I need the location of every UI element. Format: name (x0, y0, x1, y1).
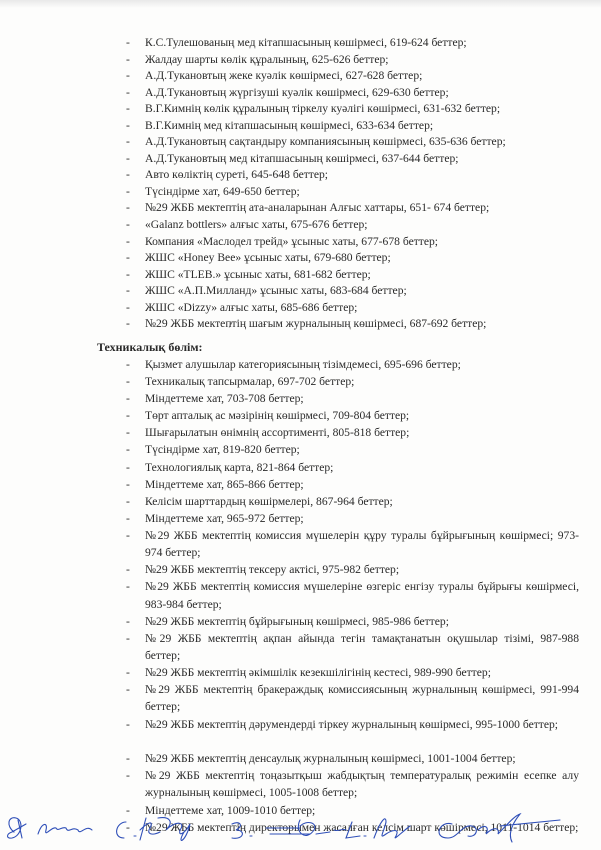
bullet-dash: - (126, 85, 130, 102)
list-item: -№29 ЖББ мектептің ата-аналарынан Алғыс … (0, 200, 601, 217)
bullet-dash: - (126, 267, 130, 284)
signature-5 (439, 814, 560, 842)
list-item: -ЖШС «TLEB.» ұсыныс хаты, 681-682 беттер… (0, 267, 601, 284)
list-item-text: А.Д.Тукановтың жүргізуші куәлік көшірмес… (145, 86, 449, 99)
bullet-dash: - (126, 716, 130, 733)
list-item: -№29 ЖББ мектептің бракераждық комиссияс… (0, 681, 601, 715)
list-item-text: Келісім шарттардың көшірмелері, 867-964 … (145, 495, 393, 508)
list-item-text: Шығарылатын өнімнің ассортименті, 805-81… (145, 426, 409, 439)
list-item-text: В.Г.Кимнің көлік құралының тіркелу куәлі… (145, 102, 500, 115)
list-item: -ЖШС «А.П.Милланд» ұсыныс хаты, 683-684 … (0, 283, 601, 300)
list-item: -Келісім шарттардың көшірмелері, 867-964… (0, 493, 601, 510)
list-item: -Жалдау шарты көлік құралының, 625-626 б… (0, 52, 601, 69)
list-item: -Міндеттеме хат, 865-866 беттер; (0, 476, 601, 493)
list-item: -№29 ЖББ мектептің шағым журналының көші… (0, 316, 601, 333)
bullet-dash: - (126, 441, 130, 458)
section2-list: -Қызмет алушылар категориясының тізімдем… (0, 356, 601, 850)
bullet-dash: - (126, 750, 130, 767)
bullet-dash: - (126, 250, 130, 267)
list-item: -№29 ЖББ мектептің тексеру актісі, 975-9… (0, 561, 601, 578)
list-item-text: Технологиялық карта, 821-864 беттер; (145, 461, 333, 474)
list-item-text: А.Д.Тукановтың мед кітапшасының көшірмес… (145, 152, 458, 165)
list-item: -Түсіндірме хат, 819-820 беттер; (0, 441, 601, 458)
list-item-text: К.С.Тулешованың мед кітапшасының көшірме… (145, 36, 467, 49)
bullet-dash: - (126, 476, 130, 493)
list-item: -№29 ЖББ мектептің тоңазытқыш жабдықтың … (0, 767, 601, 801)
list-item: -Компания «Маслодел трейд» ұсыныс хаты, … (0, 234, 601, 251)
list-item-text: ЖШС «TLEB.» ұсыныс хаты, 681-682 беттер; (145, 268, 371, 281)
bullet-dash: - (126, 664, 130, 681)
list-item-text: №29 ЖББ мектептің тоңазытқыш жабдықтың т… (145, 767, 579, 801)
list-item-text: Түсіндірме хат, 649-650 беттер; (145, 185, 300, 198)
list-item: -К.С.Тулешованың мед кітапшасының көшірм… (0, 35, 601, 52)
bullet-dash: - (126, 424, 130, 441)
bullet-dash: - (126, 407, 130, 424)
bullet-dash: - (126, 390, 130, 407)
list-item: -А.Д.Тукановтың сақтандыру компаниясының… (0, 134, 601, 151)
list-item-text: Техникалық тапсырмалар, 697-702 беттер; (145, 375, 354, 388)
bullet-dash: - (126, 527, 130, 544)
list-item: -А.Д.Тукановтың мед кітапшасының көшірме… (0, 151, 601, 168)
list-item-text: №29 ЖББ мектептің бракераждық комиссиясы… (145, 681, 579, 715)
bullet-dash: - (126, 316, 130, 333)
list-item: -№29 ЖББ мектептің ақпан айында тегін та… (0, 630, 601, 664)
list-item-text: ЖШС «А.П.Милланд» ұсыныс хаты, 683-684 б… (145, 284, 407, 297)
list-item: -В.Г.Кимнің мед кітапшасының көшірмесі, … (0, 118, 601, 135)
list-item-text: Міндеттеме хат, 965-972 беттер; (145, 512, 304, 525)
bullet-dash: - (126, 118, 130, 135)
list-item: -№29 ЖББ мектептің денсаулық журналының … (0, 750, 601, 767)
list-item: -Технологиялық карта, 821-864 беттер; (0, 459, 601, 476)
list-item-text: ЖШС «Honey Bee» ұсыныс хаты, 679-680 бет… (145, 251, 391, 264)
list-item: -«Galanz bottlers» алғыс хаты, 675-676 б… (0, 217, 601, 234)
list-item: -А.Д.Тукановтың жүргізуші куәлік көшірме… (0, 85, 601, 102)
bullet-dash: - (126, 613, 130, 630)
bullet-dash: - (126, 767, 130, 784)
bullet-dash: - (126, 561, 130, 578)
bullet-dash: - (126, 52, 130, 69)
list-item-text: Міндеттеме хат, 865-866 беттер; (145, 478, 304, 491)
bullet-dash: - (126, 200, 130, 217)
bullet-dash: - (126, 300, 130, 317)
list-item-text: №29 ЖББ мектептің бұйрығының көшірмесі, … (145, 615, 449, 628)
list-item-text: Түсіндірме хат, 819-820 беттер; (145, 443, 300, 456)
list-item: -Қызмет алушылар категориясының тізімдем… (0, 356, 601, 373)
list-item: -№29 ЖББ мектептің комиссия мүшелерін құ… (0, 527, 601, 561)
bullet-dash: - (126, 217, 130, 234)
signature-2 (117, 818, 190, 841)
list-item: -ЖШС «Honey Bee» ұсыныс хаты, 679-680 бе… (0, 250, 601, 267)
bullet-dash: - (126, 459, 130, 476)
bullet-dash: - (126, 151, 130, 168)
list-item-text: «Galanz bottlers» алғыс хаты, 675-676 бе… (145, 218, 368, 231)
bullet-dash: - (126, 373, 130, 390)
bullet-dash: - (126, 184, 130, 201)
list-item: -А.Д.Тукановтың жеке куәлік көшірмесі, 6… (0, 68, 601, 85)
list-item: - В.Г.Кимнің көлік құралының тіркелу куә… (0, 101, 601, 118)
bullet-dash: - (126, 167, 130, 184)
list-item: -Түсіндірме хат, 649-650 беттер; (0, 184, 601, 201)
signature-3 (232, 823, 252, 839)
signature-1 (8, 818, 27, 838)
section-heading-technical: Техникалық бөлім: (97, 339, 203, 355)
bullet-dash: - (126, 493, 130, 510)
bullet-dash: - (126, 134, 130, 151)
list-item-text: Төрт апталық ас мәзірінің көшірмесі, 709… (145, 409, 409, 422)
bullet-dash: - (126, 101, 130, 118)
scan-edge-shadow (0, 0, 601, 8)
list-item: -№29 ЖББ мектептің дәрумендерді тіркеу ж… (0, 716, 601, 750)
list-item-text: №29 ЖББ мектептің ата-аналарынан Алғыс х… (145, 201, 489, 214)
bullet-dash: - (126, 283, 130, 300)
list-item-text: №29 ЖББ мектептің ақпан айында тегін там… (145, 630, 579, 664)
list-item-text: Авто көліктің суреті, 645-648 беттер; (145, 168, 328, 181)
list-item-text: В.Г.Кимнің мед кітапшасының көшірмесі, 6… (145, 119, 433, 132)
bullet-dash: - (126, 234, 130, 251)
list-item: -№29 ЖББ мектептің бұйрығының көшірмесі,… (0, 613, 601, 630)
list-item-text: А.Д.Тукановтың сақтандыру компаниясының … (145, 135, 506, 148)
list-item-text: №29 ЖББ мектептің комиссия мүшелеріне өз… (145, 578, 579, 612)
list-item: -ЖШС «Dizzy» алғыс хаты, 685-686 беттер; (0, 300, 601, 317)
bullet-dash: - (126, 630, 130, 647)
list-item-text: Міндеттеме хат, 703-708 беттер; (145, 392, 304, 405)
list-item: -Міндеттеме хат, 965-972 беттер; (0, 510, 601, 527)
list-item-text: Жалдау шарты көлік құралының, 625-626 бе… (145, 53, 389, 66)
document-page: -К.С.Тулешованың мед кітапшасының көшірм… (0, 0, 601, 850)
list-item: -Міндеттеме хат, 703-708 беттер; (0, 390, 601, 407)
bullet-dash: - (126, 510, 130, 527)
bullet-dash: - (126, 356, 130, 373)
bullet-dash: - (126, 681, 130, 698)
list-item-text: Компания «Маслодел трейд» ұсыныс хаты, 6… (145, 235, 438, 248)
list-item: -Авто көліктің суреті, 645-648 беттер; (0, 167, 601, 184)
list-item-text: ЖШС «Dizzy» алғыс хаты, 685-686 беттер; (145, 301, 357, 314)
list-item-text: №29 ЖББ мектептің шағым журналының көшір… (145, 317, 486, 330)
list-item-text: №29 ЖББ мектептің әкімшілік кезекшілігін… (145, 666, 491, 679)
list-item-text: А.Д.Тукановтың жеке куәлік көшірмесі, 62… (145, 69, 422, 82)
list-item: -Шығарылатын өнімнің ассортименті, 805-8… (0, 424, 601, 441)
signature-4 (334, 819, 410, 838)
handwritten-signatures (0, 812, 601, 850)
list-item: -№29 ЖББ мектептің комиссия мүшелеріне ө… (0, 578, 601, 612)
signatures-row (0, 812, 601, 850)
list-item: -Техникалық тапсырмалар, 697-702 беттер; (0, 373, 601, 390)
bullet-dash: - (126, 578, 130, 595)
list-item-text: Қызмет алушылар категориясының тізімдеме… (145, 358, 461, 371)
list-item-text: №29 ЖББ мектептің комиссия мүшелерін құр… (145, 527, 579, 561)
list-item-text: №29 ЖББ мектептің тексеру актісі, 975-98… (145, 563, 399, 576)
list-item: -Төрт апталық ас мәзірінің көшірмесі, 70… (0, 407, 601, 424)
bullet-dash: - (126, 35, 130, 52)
list-item-text: №29 ЖББ мектептің дәрумендерді тіркеу жу… (145, 716, 579, 733)
list-item: -№29 ЖББ мектептің әкімшілік кезекшілігі… (0, 664, 601, 681)
section1-list: -К.С.Тулешованың мед кітапшасының көшірм… (0, 35, 601, 333)
bullet-dash: - (126, 68, 130, 85)
list-item-text: №29 ЖББ мектептің денсаулық журналының к… (145, 752, 516, 765)
